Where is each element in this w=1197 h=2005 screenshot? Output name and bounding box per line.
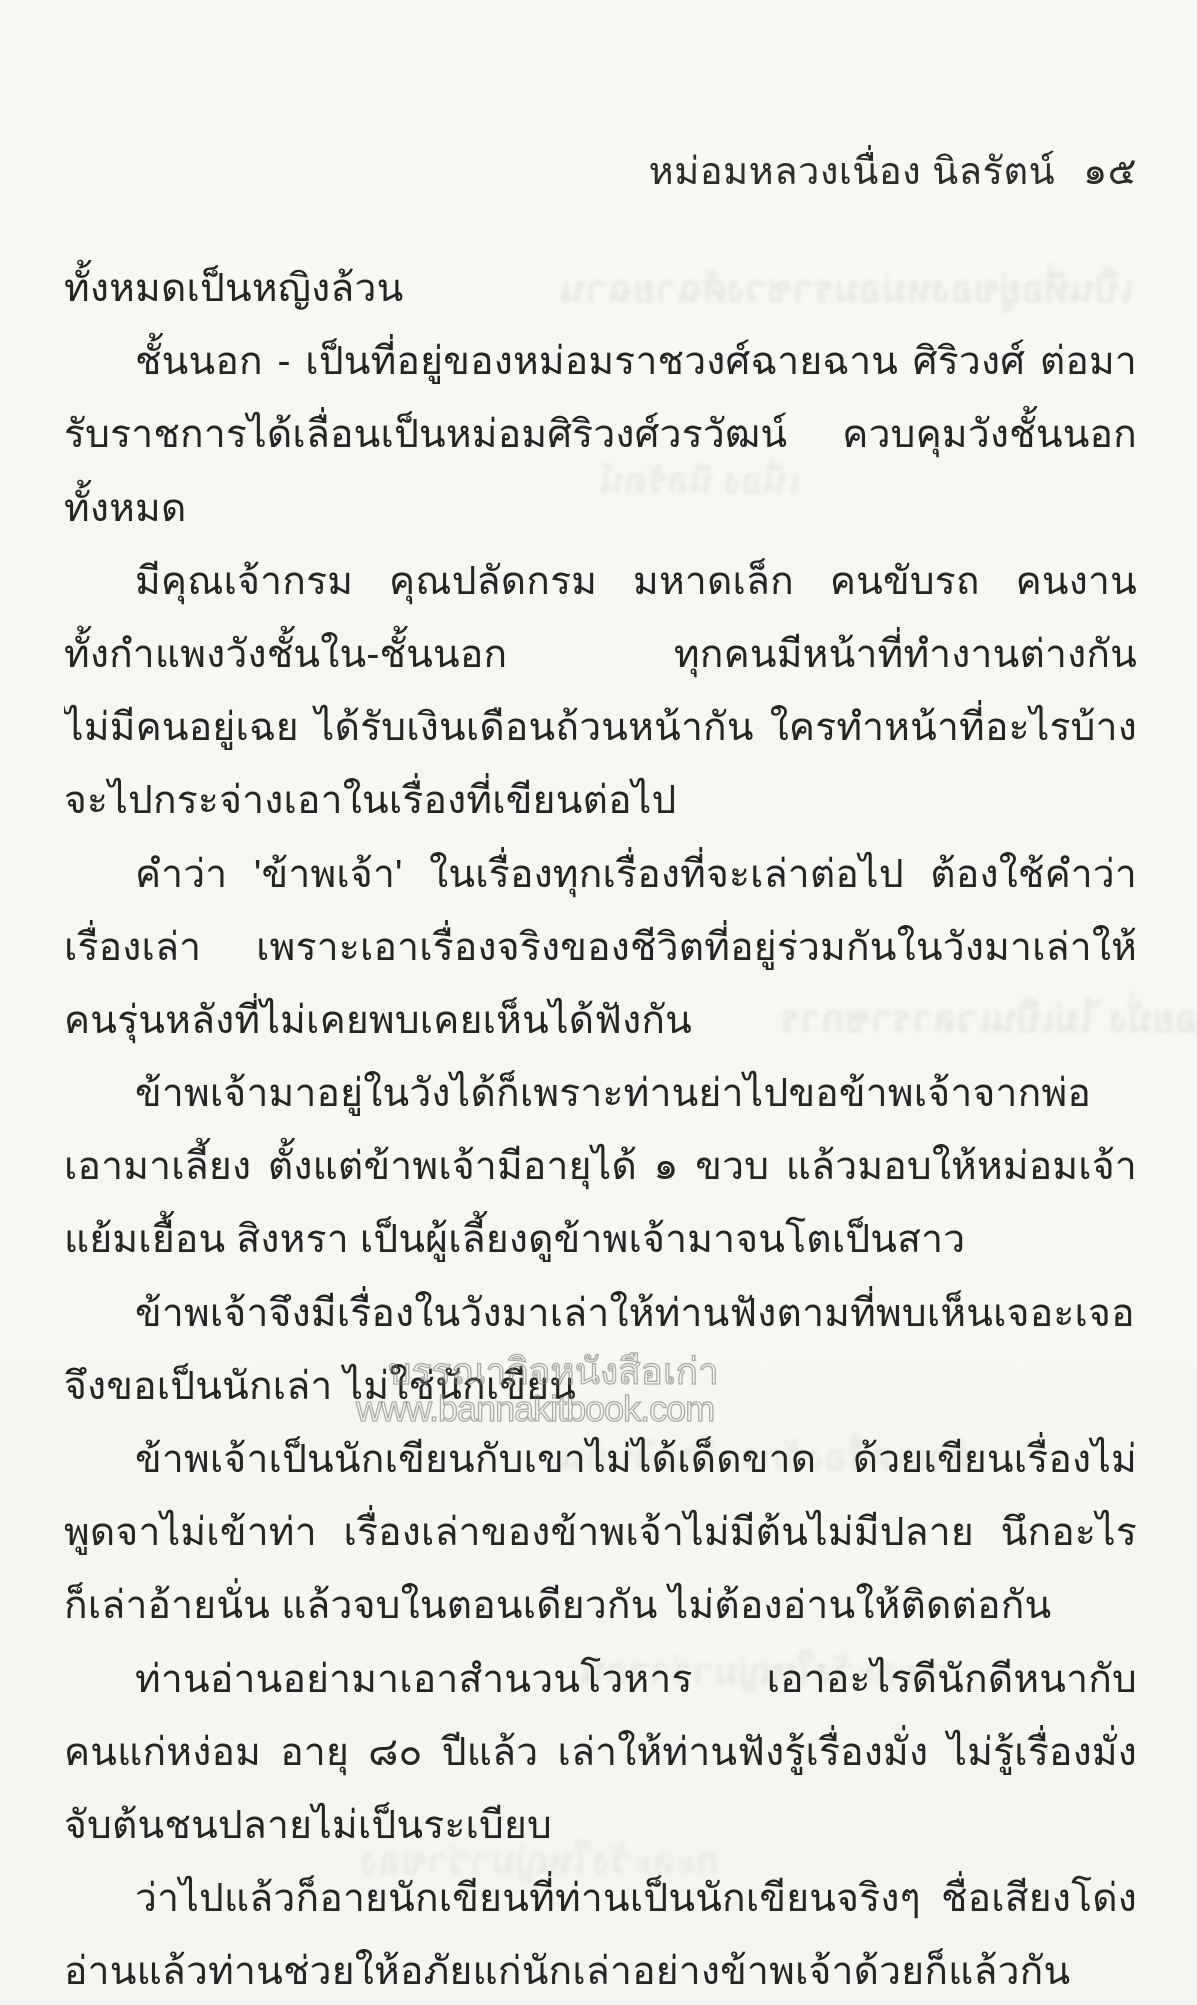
text-line: ไม่มีคนอยู่เฉย ได้รับเงินเดือนถ้วนหน้ากั…: [64, 691, 1137, 764]
page-body: ทั้งหมดเป็นหญิงล้วนชั้นนอก - เป็นที่อยู่…: [64, 252, 1137, 2005]
text-line: เรื่องเล่า เพราะเอาเรื่องจริงของชีวิตที่…: [64, 911, 1137, 984]
text-line: รับราชการได้เลื่อนเป็นหม่อมศิริวงศ์วรวัฒ…: [64, 398, 1137, 471]
text-line: ข้าพเจ้าจึงมีเรื่องในวังมาเล่าให้ท่านฟัง…: [64, 1277, 1137, 1350]
text-line: ทั้งหมดเป็นหญิงล้วน: [64, 252, 1137, 325]
text-line: ชั้นนอก - เป็นที่อยู่ของหม่อมราชวงศ์ฉายฉ…: [64, 325, 1137, 398]
text-line: ทั้งกำแพงวังชั้นใน-ชั้นนอก ทุกคนมีหน้าที…: [64, 618, 1137, 691]
text-line: มีคุณเจ้ากรม คุณปลัดกรม มหาดเล็ก คนขับรถ…: [64, 545, 1137, 618]
text-line: พูดจาไม่เข้าท่า เรื่องเล่าของข้าพเจ้าไม่…: [64, 1496, 1137, 1569]
text-line: คนรุ่นหลังที่ไม่เคยพบเคยเห็นได้ฟังกัน: [64, 984, 1137, 1057]
text-line: ข้าพเจ้ามาอยู่ในวังได้ก็เพราะท่านย่าไปขอ…: [64, 1057, 1137, 1130]
text-line: แย้มเยื้อน สิงหรา เป็นผู้เลี้ยงดูข้าพเจ้…: [64, 1203, 1137, 1276]
page-number: ๑๕: [1083, 151, 1137, 193]
text-line: ว่าไปแล้วก็อายนักเขียนที่ท่านเป็นนักเขีย…: [64, 1862, 1137, 1935]
text-line: คำว่า 'ข้าพเจ้า' ในเรื่องทุกเรื่องที่จะเ…: [64, 838, 1137, 911]
page-header: หม่อมหลวงเนื่อง นิลรัตน์๑๕: [649, 140, 1137, 201]
text-line: จะไปกระจ่างเอาในเรื่องที่เขียนต่อไป: [64, 764, 1137, 837]
text-line: อ่านแล้วท่านช่วยให้อภัยแก่นักเล่าอย่างข้…: [64, 1935, 1137, 2005]
watermark-line-2: www.bannakitbook.com: [356, 1388, 714, 1430]
text-line: จับต้นชนปลายไม่เป็นระเบียบ: [64, 1789, 1137, 1862]
text-line: ก็เล่าอ้ายนั่น แล้วจบในตอนเดียวกัน ไม่ต้…: [64, 1569, 1137, 1642]
text-line: ทั้งหมด: [64, 472, 1137, 545]
text-line: เอามาเลี้ยง ตั้งแต่ข้าพเจ้ามีอายุได้ ๑ ข…: [64, 1130, 1137, 1203]
text-line: ท่านอ่านอย่ามาเอาสำนวนโวหาร เอาอะไรดีนัก…: [64, 1643, 1137, 1716]
text-line: ข้าพเจ้าเป็นนักเขียนกับเขาไม่ได้เด็ดขาด …: [64, 1423, 1137, 1496]
book-page: หม่อมหลวงเนื่อง นิลรัตน์๑๕ ทั้งหมดเป็นหญ…: [0, 0, 1197, 2005]
text-line: คนแก่หง่อม อายุ ๘๐ ปีแล้ว เล่าให้ท่านฟัง…: [64, 1716, 1137, 1789]
header-title: หม่อมหลวงเนื่อง นิลรัตน์: [649, 151, 1055, 193]
